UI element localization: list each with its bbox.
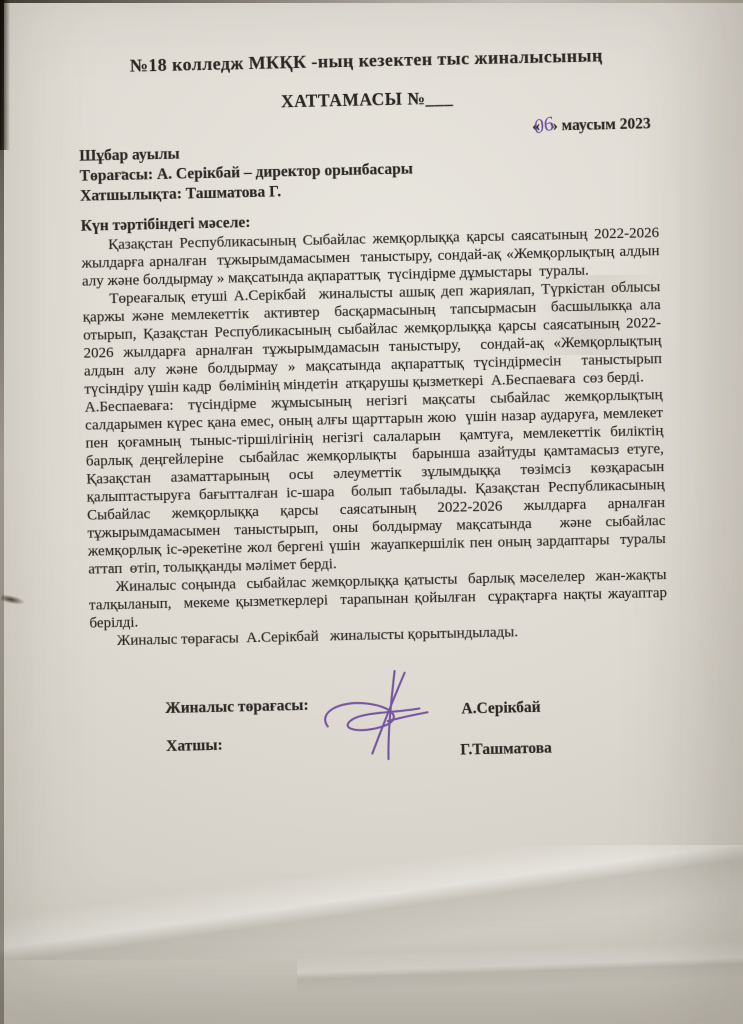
secretary-signature-label: Хатшы: [166,737,223,756]
date-rest: » маусым 2023 [550,115,651,134]
signature-section: Жиналыс төрағасы: А.Серікбай Хатшы: Г.Та… [91,685,672,828]
paragraph-speech: А.Беспаеваға: түсіндірме жұмысының негіз… [85,386,667,579]
handwritten-signature [309,666,441,769]
chairman-name: А.Серікбай [461,699,541,719]
photo-of-document: { "colors": { "paper": "#ded9d1", "ink":… [0,0,743,1024]
chairman-signature-label: Жиналыс төрағасы: [165,697,309,718]
paragraph-opening: Төреағалық етуші А.Серікбай жиналысты аш… [82,278,662,399]
secretary-name: Г.Ташматова [460,740,552,760]
protocol-number-line: ХАТТАМАСЫ №___ [78,82,656,117]
document-content: №18 колледж МКҚК -ның кезектен тыс жинал… [77,43,672,827]
